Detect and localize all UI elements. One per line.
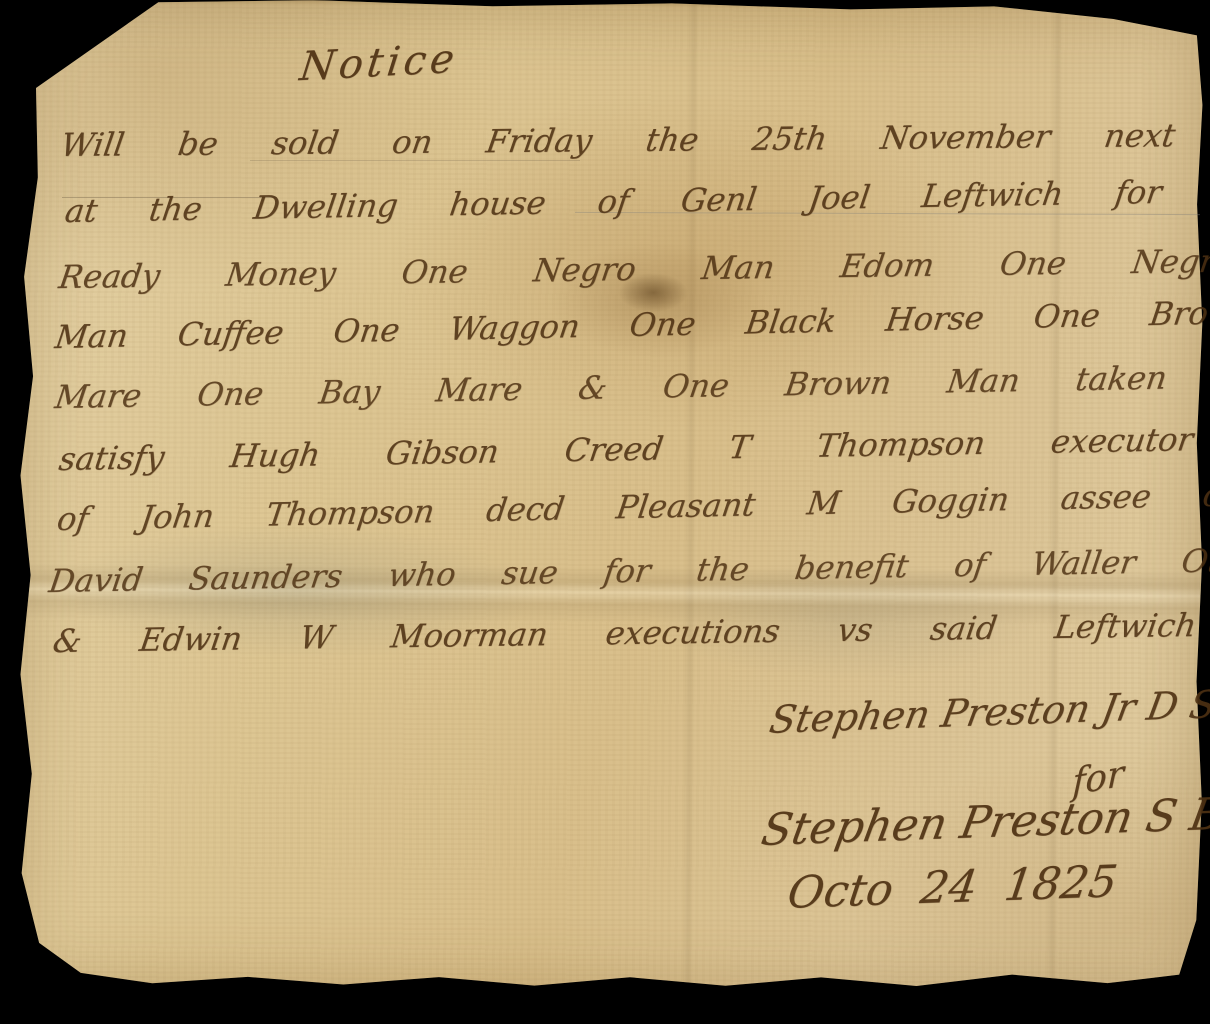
scanned-document-background: Notice Will be sold on Friday the 25th N… [0,0,1210,1024]
document-title: Notice [297,36,461,91]
